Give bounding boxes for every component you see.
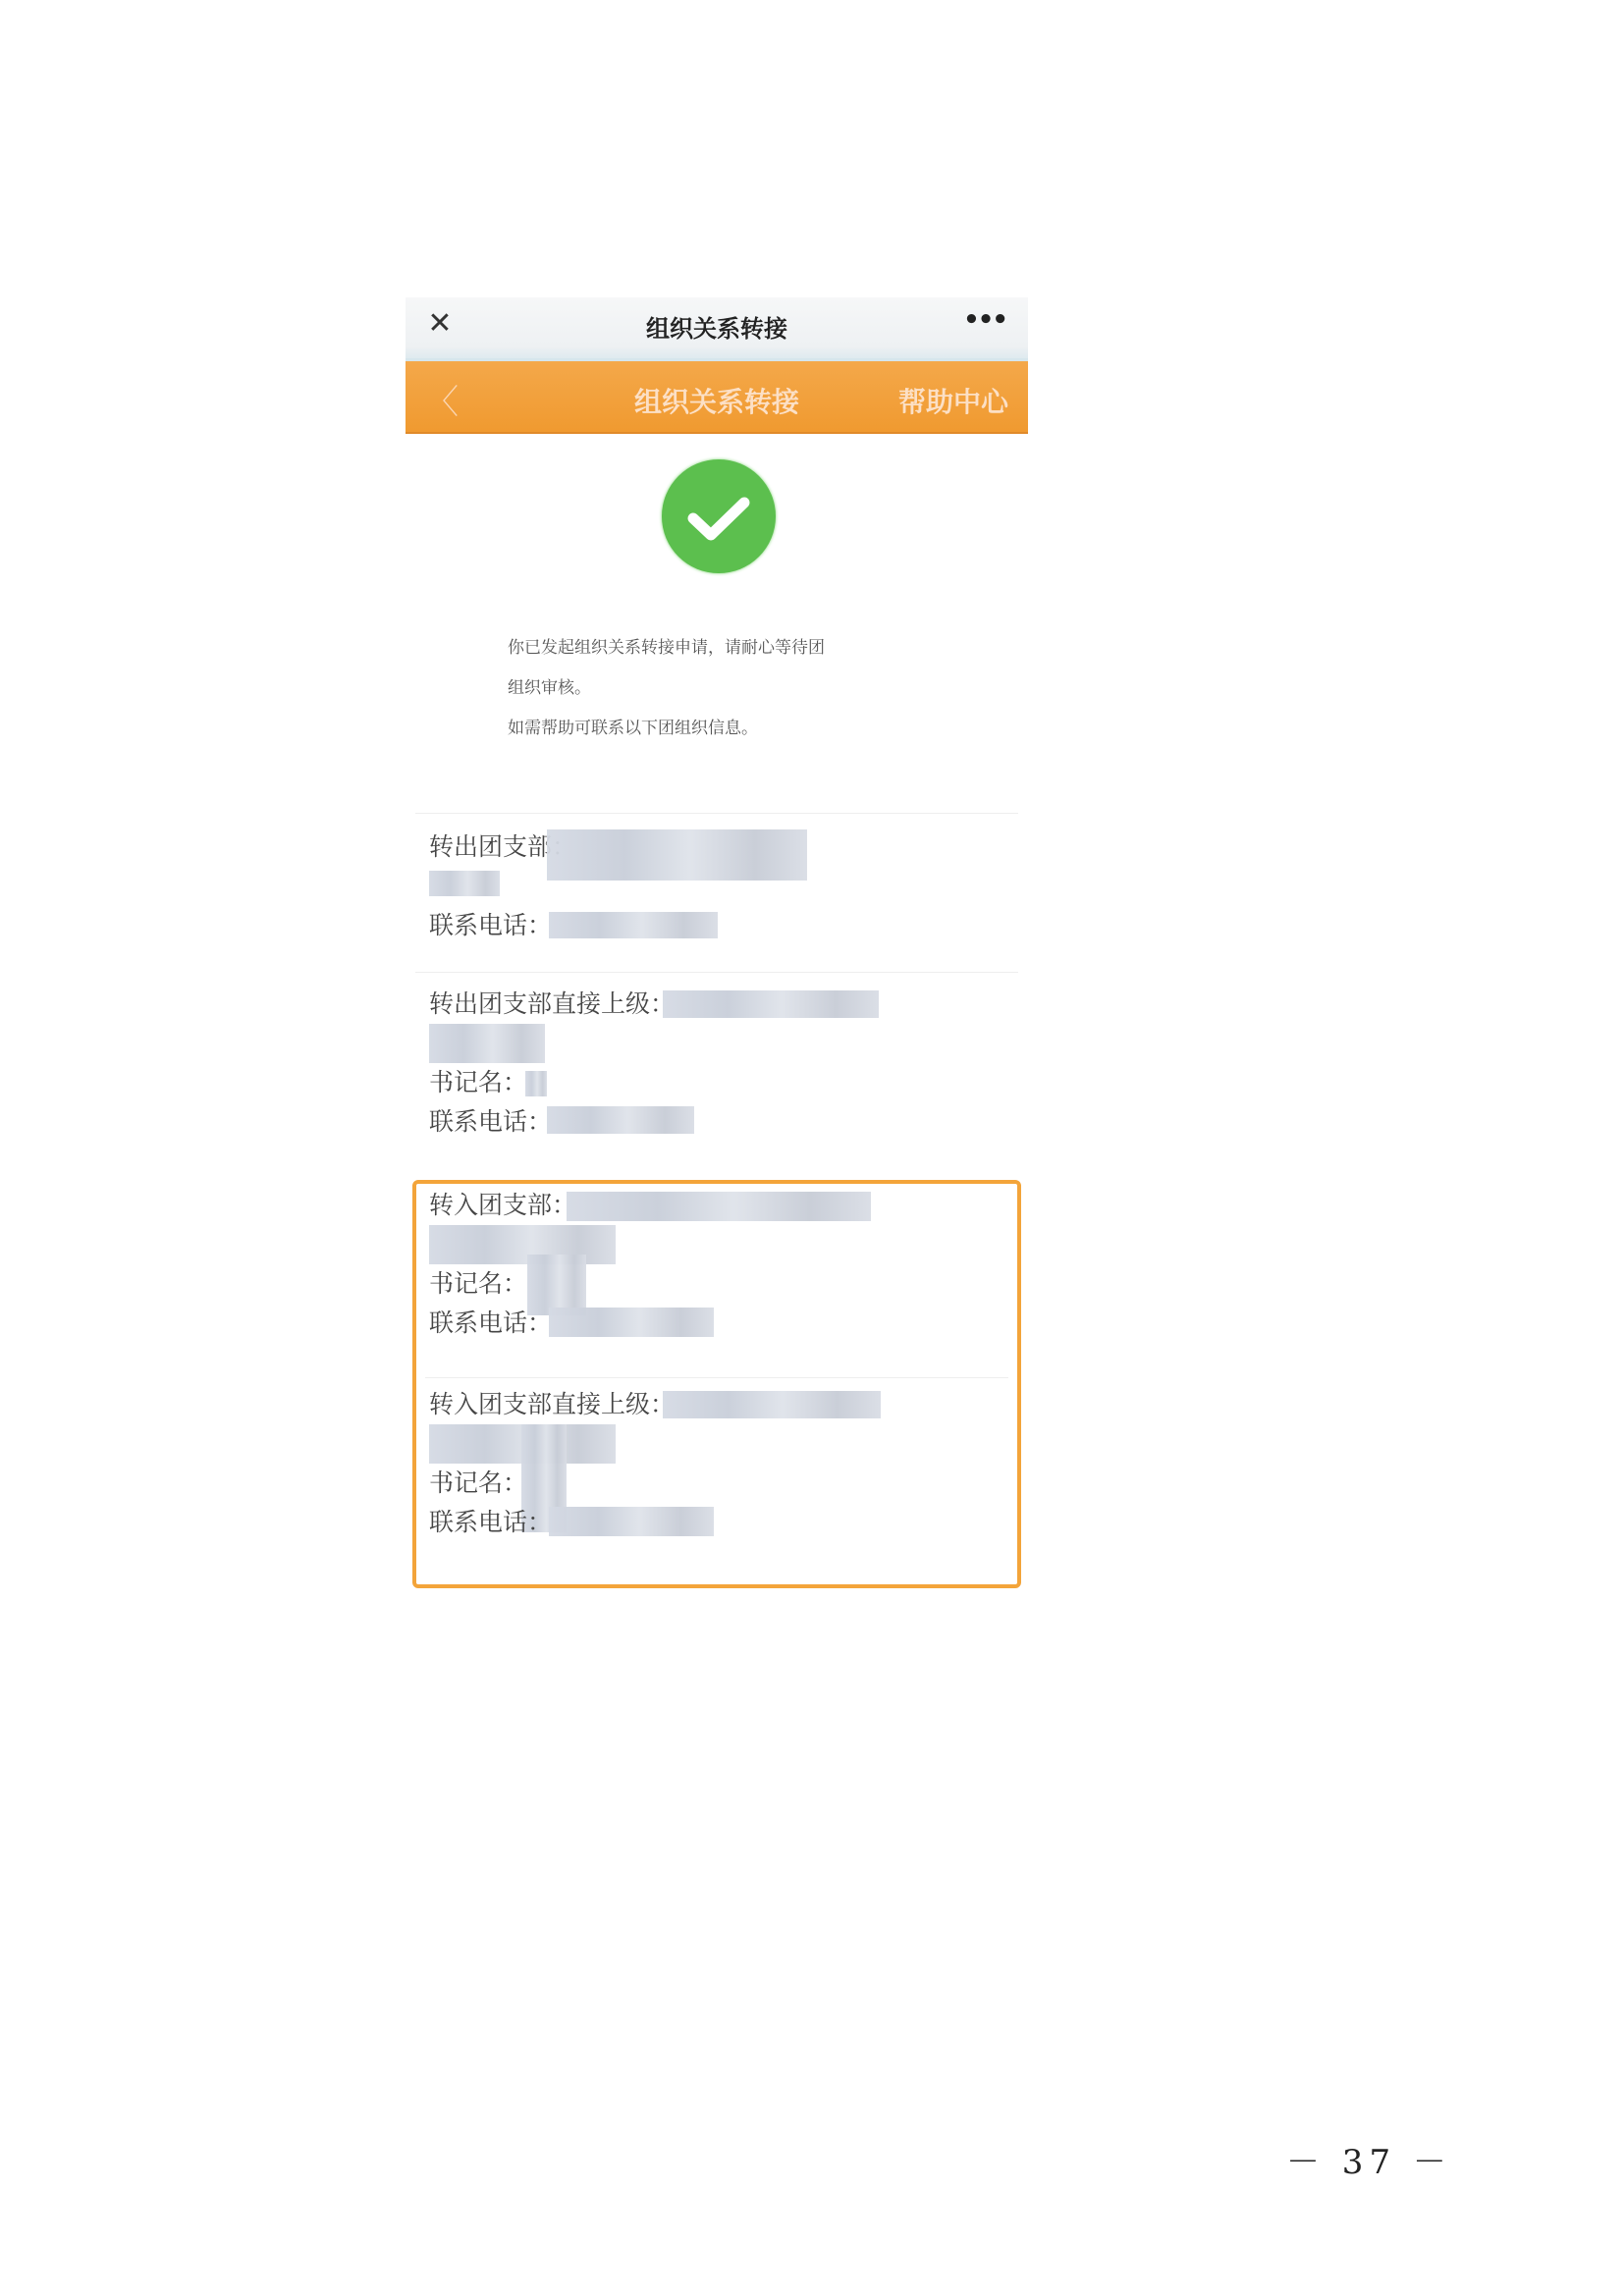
phone-row: 联系电话： — [429, 1102, 1008, 1142]
branch-row: 转入团支部： — [429, 1186, 1008, 1225]
phone-row: 联系电话： — [429, 1503, 1008, 1542]
success-check-icon — [662, 459, 776, 573]
status-message: 你已发起组织关系转接申请，请耐心等待团 组织审核。 如需帮助可联系以下团组织信息… — [508, 628, 940, 749]
superior-row: 转出团支部直接上级： — [429, 985, 1008, 1024]
message-line: 组织审核。 — [508, 668, 940, 709]
redacted-value — [663, 990, 879, 1018]
redacted-value — [547, 1106, 694, 1134]
phone-label: 联系电话： — [429, 1503, 552, 1542]
superior-row-continued — [429, 1024, 1008, 1063]
divider — [415, 972, 1018, 973]
branch-row: 转出团支部： — [429, 828, 1008, 867]
transfer-in-superior-section: 转入团支部直接上级： 书记名： 联系电话： — [429, 1385, 1008, 1542]
redacted-value — [567, 1192, 871, 1221]
nav-bar: 〈 组织关系转接 帮助中心 — [406, 361, 1028, 434]
secretary-row: 书记名： — [429, 1464, 1008, 1503]
branch-label: 转入团支部： — [429, 1186, 576, 1225]
superior-row: 转入团支部直接上级： — [429, 1385, 1008, 1424]
branch-row-continued — [429, 867, 1008, 906]
redacted-value — [429, 1225, 616, 1264]
window-title-bar: ✕ 组织关系转接 ••• — [406, 297, 1028, 361]
secretary-label: 书记名： — [429, 1464, 527, 1503]
divider — [425, 1377, 1008, 1378]
redacted-value — [525, 1071, 547, 1096]
transfer-out-branch-section: 转出团支部： 联系电话： — [429, 828, 1008, 945]
phone-label: 联系电话： — [429, 1102, 552, 1142]
phone-screenshot: ✕ 组织关系转接 ••• 〈 组织关系转接 帮助中心 你已发起组织关系转接申请，… — [406, 297, 1028, 1603]
message-line: 你已发起组织关系转接申请，请耐心等待团 — [508, 628, 940, 668]
phone-row: 联系电话： — [429, 906, 1008, 945]
redacted-value — [549, 1507, 714, 1536]
divider — [415, 813, 1018, 814]
superior-label: 转入团支部直接上级： — [429, 1385, 675, 1424]
secretary-label: 书记名： — [429, 1063, 527, 1102]
transfer-out-superior-section: 转出团支部直接上级： 书记名： 联系电话： — [429, 985, 1008, 1142]
phone-label: 联系电话： — [429, 1304, 552, 1343]
transfer-in-branch-section: 转入团支部： 书记名： 联系电话： — [429, 1186, 1008, 1343]
superior-label: 转出团支部直接上级： — [429, 985, 675, 1024]
more-icon[interactable]: ••• — [963, 305, 1006, 335]
window-title: 组织关系转接 — [406, 309, 1028, 344]
redacted-value — [549, 1308, 714, 1337]
secretary-row: 书记名： — [429, 1264, 1008, 1304]
redacted-value — [549, 912, 718, 938]
secretary-label: 书记名： — [429, 1264, 527, 1304]
redacted-value — [429, 871, 500, 896]
message-line: 如需帮助可联系以下团组织信息。 — [508, 709, 940, 749]
redacted-value — [429, 1024, 545, 1063]
redacted-value — [663, 1391, 881, 1418]
help-center-link[interactable]: 帮助中心 — [898, 381, 1008, 420]
phone-label: 联系电话： — [429, 906, 552, 945]
page-number: － 37 － — [1286, 2135, 1452, 2183]
branch-row-continued — [429, 1225, 1008, 1264]
superior-row-continued — [429, 1424, 1008, 1464]
secretary-row: 书记名： — [429, 1063, 1008, 1102]
phone-row: 联系电话： — [429, 1304, 1008, 1343]
